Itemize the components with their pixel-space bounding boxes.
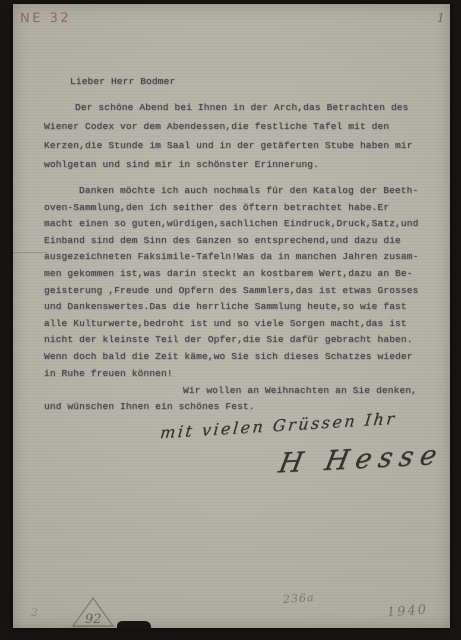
paragraph-1: Der schöne Abend bei Ihnen in der Arch,d… (44, 98, 413, 174)
pencil-number-bottom-left: 2 (31, 606, 38, 619)
page-number: 1 (437, 11, 445, 25)
typed-line: und Dankenswertes.Das die herrliche Samm… (44, 299, 418, 316)
typed-line: macht einen so guten,würdigen,sachlichen… (44, 216, 418, 233)
typed-line: Einband sind dem Sinn des Ganzen so ents… (44, 233, 418, 250)
salutation: Lieber Herr Bodmer (70, 76, 175, 87)
typed-line: ausgezeichneten Faksimile-Tafeln!Was da … (44, 249, 418, 266)
typed-line: Der schöne Abend bei Ihnen in der Arch,d… (44, 98, 413, 117)
typed-line: in Ruhe freuen können! (44, 366, 418, 383)
typed-line: Kerzen,die Stunde im Saal und in der get… (44, 136, 413, 155)
letter-paper: NE 32 1 Lieber Herr Bodmer Der schöne Ab… (13, 4, 450, 628)
catalog-number-annotation: 236a (283, 591, 315, 606)
typed-line: alle Kulturwerte,bedroht ist und so viel… (44, 316, 418, 333)
year-annotation: 1940 (387, 603, 429, 621)
paper-edge-notch (117, 621, 151, 629)
typed-line: men gekommen ist,was darin steckt an kos… (44, 266, 418, 283)
paper-crease (13, 252, 47, 253)
typed-line: Wenn doch bald die Zeit käme,wo Sie sich… (44, 349, 418, 366)
typed-line: Wir wollen an Weihnachten an Sie denken, (44, 383, 417, 399)
typed-line: Danken möchte ich auch nochmals für den … (44, 183, 418, 200)
paragraph-2: Danken möchte ich auch nochmals für den … (44, 183, 418, 382)
handwritten-signature: H Hesse (276, 440, 446, 480)
typed-line: Wiener Codex vor dem Abendessen,die fest… (44, 117, 413, 136)
stamp-number: 92 (85, 612, 102, 627)
typed-line: wohlgetan und sind mir in schönster Erin… (44, 155, 413, 174)
typed-line: geisterung ,Freude und Opfern des Sammle… (44, 283, 418, 300)
photographed-letter-scan: NE 32 1 Lieber Herr Bodmer Der schöne Ab… (0, 0, 461, 640)
typed-line: oven-Sammlung,den ich seither des öftern… (44, 200, 418, 217)
typed-line: nicht der kleinste Teil der Opfer,die Si… (44, 332, 418, 349)
triangle-stamp: 92 (71, 596, 115, 628)
archive-code-annotation: NE 32 (20, 11, 71, 26)
